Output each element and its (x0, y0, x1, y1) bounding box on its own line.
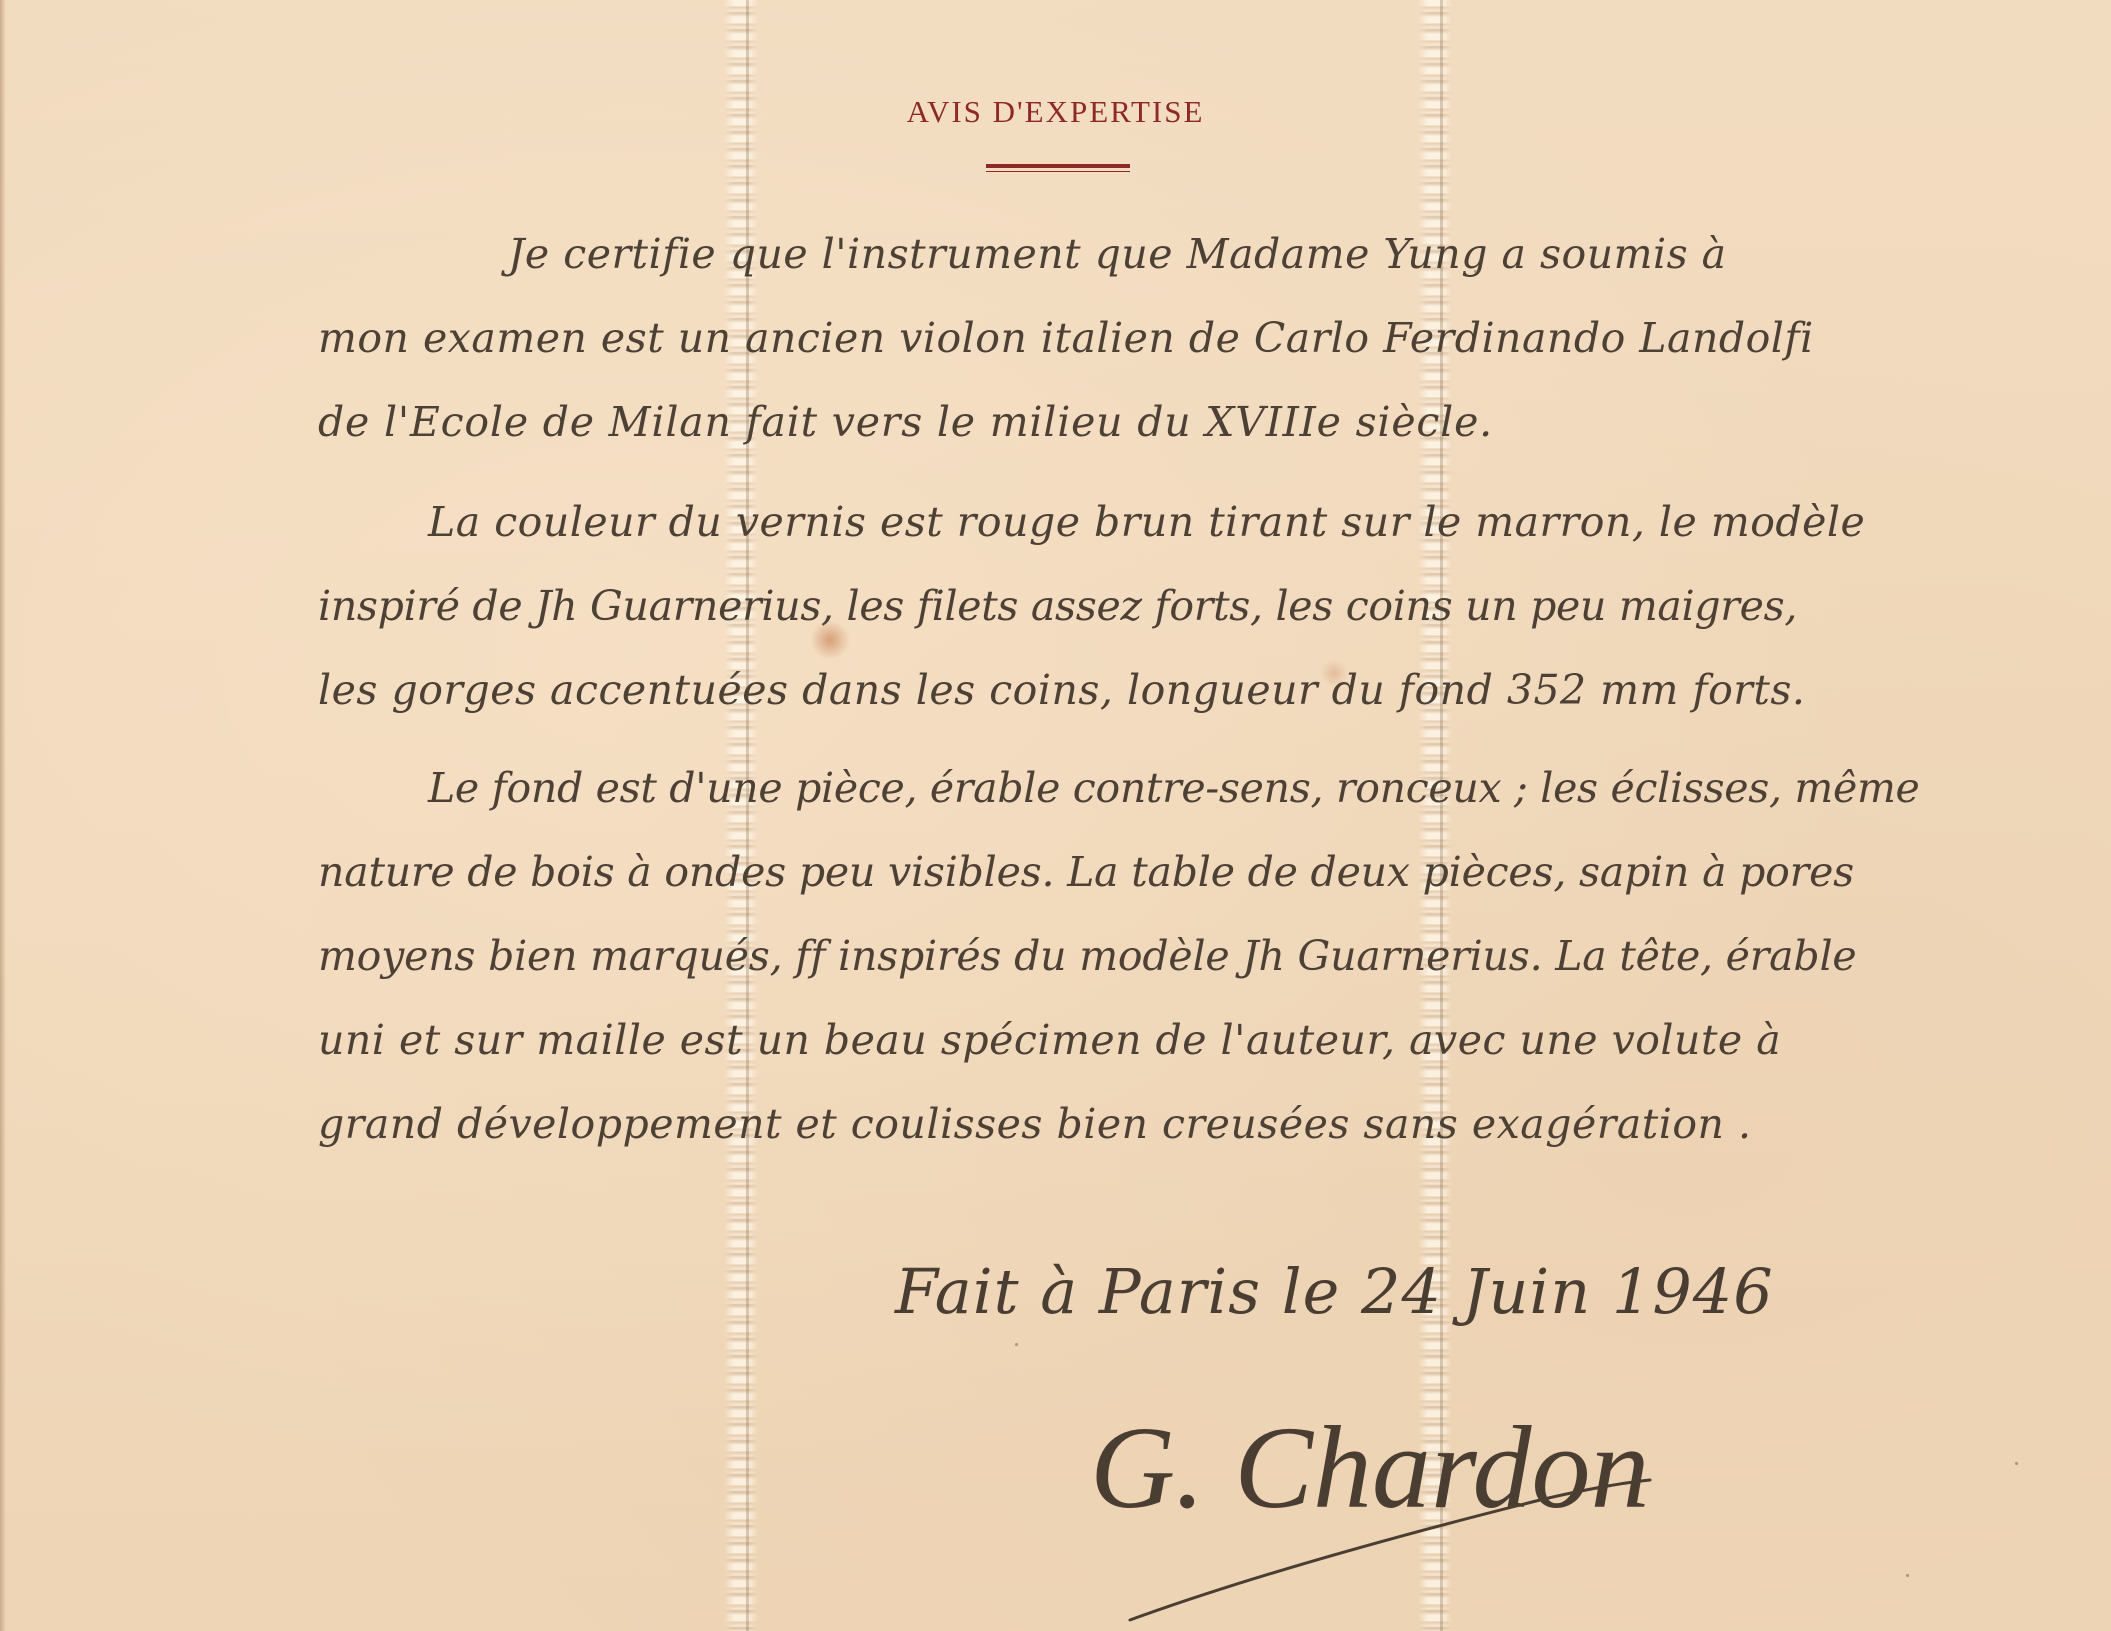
heading-double-rule (986, 164, 1130, 172)
ink-stain (810, 620, 850, 660)
certificate-page: AVIS D'EXPERTISE Je certifie que l'instr… (0, 0, 2111, 1631)
ink-stain (1320, 660, 1348, 686)
place-and-date: Fait à Paris le 24 Juin 1946 (895, 1255, 1774, 1328)
signature-flourish (1120, 1470, 1660, 1630)
paper-edge (0, 0, 6, 1631)
document-heading: AVIS D'EXPERTISE (0, 94, 2111, 130)
